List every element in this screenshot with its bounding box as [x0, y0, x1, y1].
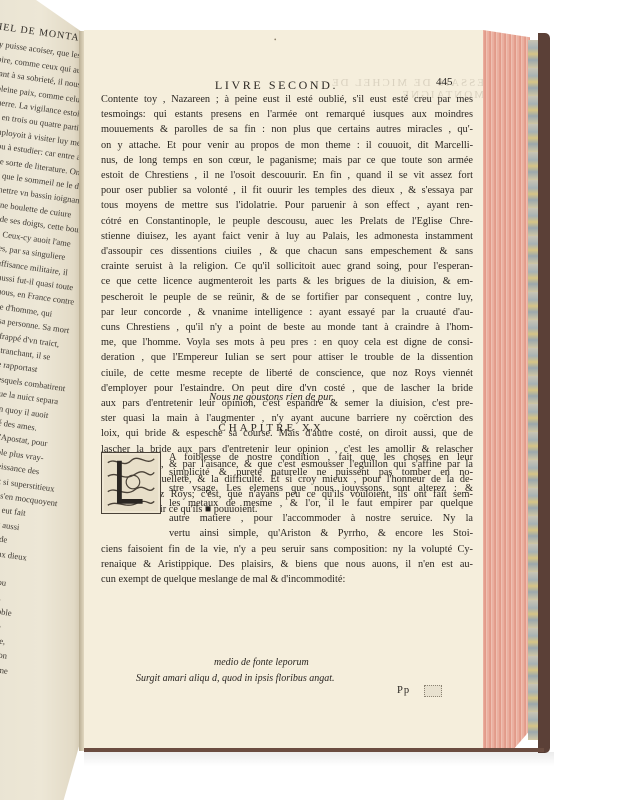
leather-cover	[538, 33, 550, 753]
text-line: par leur concorde , & vnanime intelligen…	[101, 305, 473, 320]
text-line: ciuile, de cette mesme recepte de libert…	[101, 366, 473, 381]
left-page: HEL DE MONTAIGNE n y puisse acoiser, que…	[0, 0, 82, 800]
stamp-smudge	[424, 685, 442, 697]
text-line: simplicité & pureté naturelle ne puissen…	[169, 465, 473, 480]
chapter-title: Nous ne goustons rien de pur.	[84, 392, 459, 403]
text-line: pour oser publier sa volonté , il fit ou…	[101, 183, 473, 198]
red-fore-edge	[483, 30, 530, 752]
open-book: HEL DE MONTAIGNE n y puisse acoiser, que…	[0, 0, 622, 800]
left-page-lines: n y puisse acoiser, que les mpire, comme…	[0, 36, 82, 678]
text-line: tesmoings: qui estants presens en l'armé…	[101, 107, 473, 122]
text-line: stre vsage. Les elemens que nous iouysso…	[169, 481, 473, 496]
text-line: me, que l'homme. Voyla ses mots à peu pr…	[101, 335, 473, 350]
text-line: deration , que l'Empereur Iulian se sert…	[101, 350, 473, 365]
chapter-heading: CHAPITRE XX.	[84, 422, 464, 434]
text-line: tous moyens de mettre sus l'idolatrie. P…	[101, 198, 473, 213]
text-line: renaique & Aristippique. Des plaisirs, &…	[101, 557, 473, 572]
verse-line-2: Surgit amari aliqu d, quod in ipsis flor…	[136, 673, 335, 684]
text-line: pescheroit le peuple de se reünir, & de …	[101, 290, 473, 305]
text-line: autre matiere , pour l'accommoder à nost…	[169, 511, 473, 526]
text-line: les metaux de mesme , & l'or, il le faut…	[169, 496, 473, 511]
text-line: ciens faisoient fin de la vie, n'y a peu…	[101, 542, 473, 557]
text-line: on y attache. Et pour venir au propos de…	[101, 138, 473, 153]
text-line: crainte seruist à la religion. Ce qu'il …	[101, 259, 473, 274]
page-number: 445	[436, 76, 453, 88]
text-line: vertu ainsi simple, qu'Ariston & Pyrrho,…	[169, 526, 473, 541]
right-page: • ESSAIS DE MICHEL DE MONTAIGNE LIVRE SE…	[84, 30, 484, 748]
text-line: cótré en Constantinople, le peuple desco…	[101, 214, 473, 229]
top-mark: •	[274, 36, 276, 44]
text-line: ce que cette licence augmenteroit les pa…	[101, 274, 473, 289]
chapter-body-text: A foiblesse de nostre condition , fait q…	[101, 450, 473, 588]
running-head: LIVRE SECOND.	[84, 78, 469, 93]
book-shadow	[84, 752, 554, 766]
text-line: estoit de Chrestiens , il ne l'osoit des…	[101, 168, 473, 183]
signature-mark: Pp	[397, 685, 410, 696]
verse-line-1: medio de fonte leporum	[214, 657, 309, 668]
text-line: d'assoupir ces dissentions ciuiles , & q…	[101, 244, 473, 259]
text-line: stienne diuisez, les ayant faict venir à…	[101, 229, 473, 244]
text-line: A foiblesse de nostre condition , fait q…	[169, 450, 473, 465]
text-line: nus, de long temps en son cœur, le pagan…	[101, 153, 473, 168]
text-line: cuns Chrestiens , qu'il n'y a point de b…	[101, 320, 473, 335]
text-line: cun exempt de quelque meslange de mal & …	[101, 572, 473, 587]
left-page-text: HEL DE MONTAIGNE n y puisse acoiser, que…	[0, 20, 82, 678]
text-line: mouuements & parolles de sa fin : non pl…	[101, 122, 473, 137]
text-line: Contente toy , Nazareen ; à peine eust i…	[101, 92, 473, 107]
